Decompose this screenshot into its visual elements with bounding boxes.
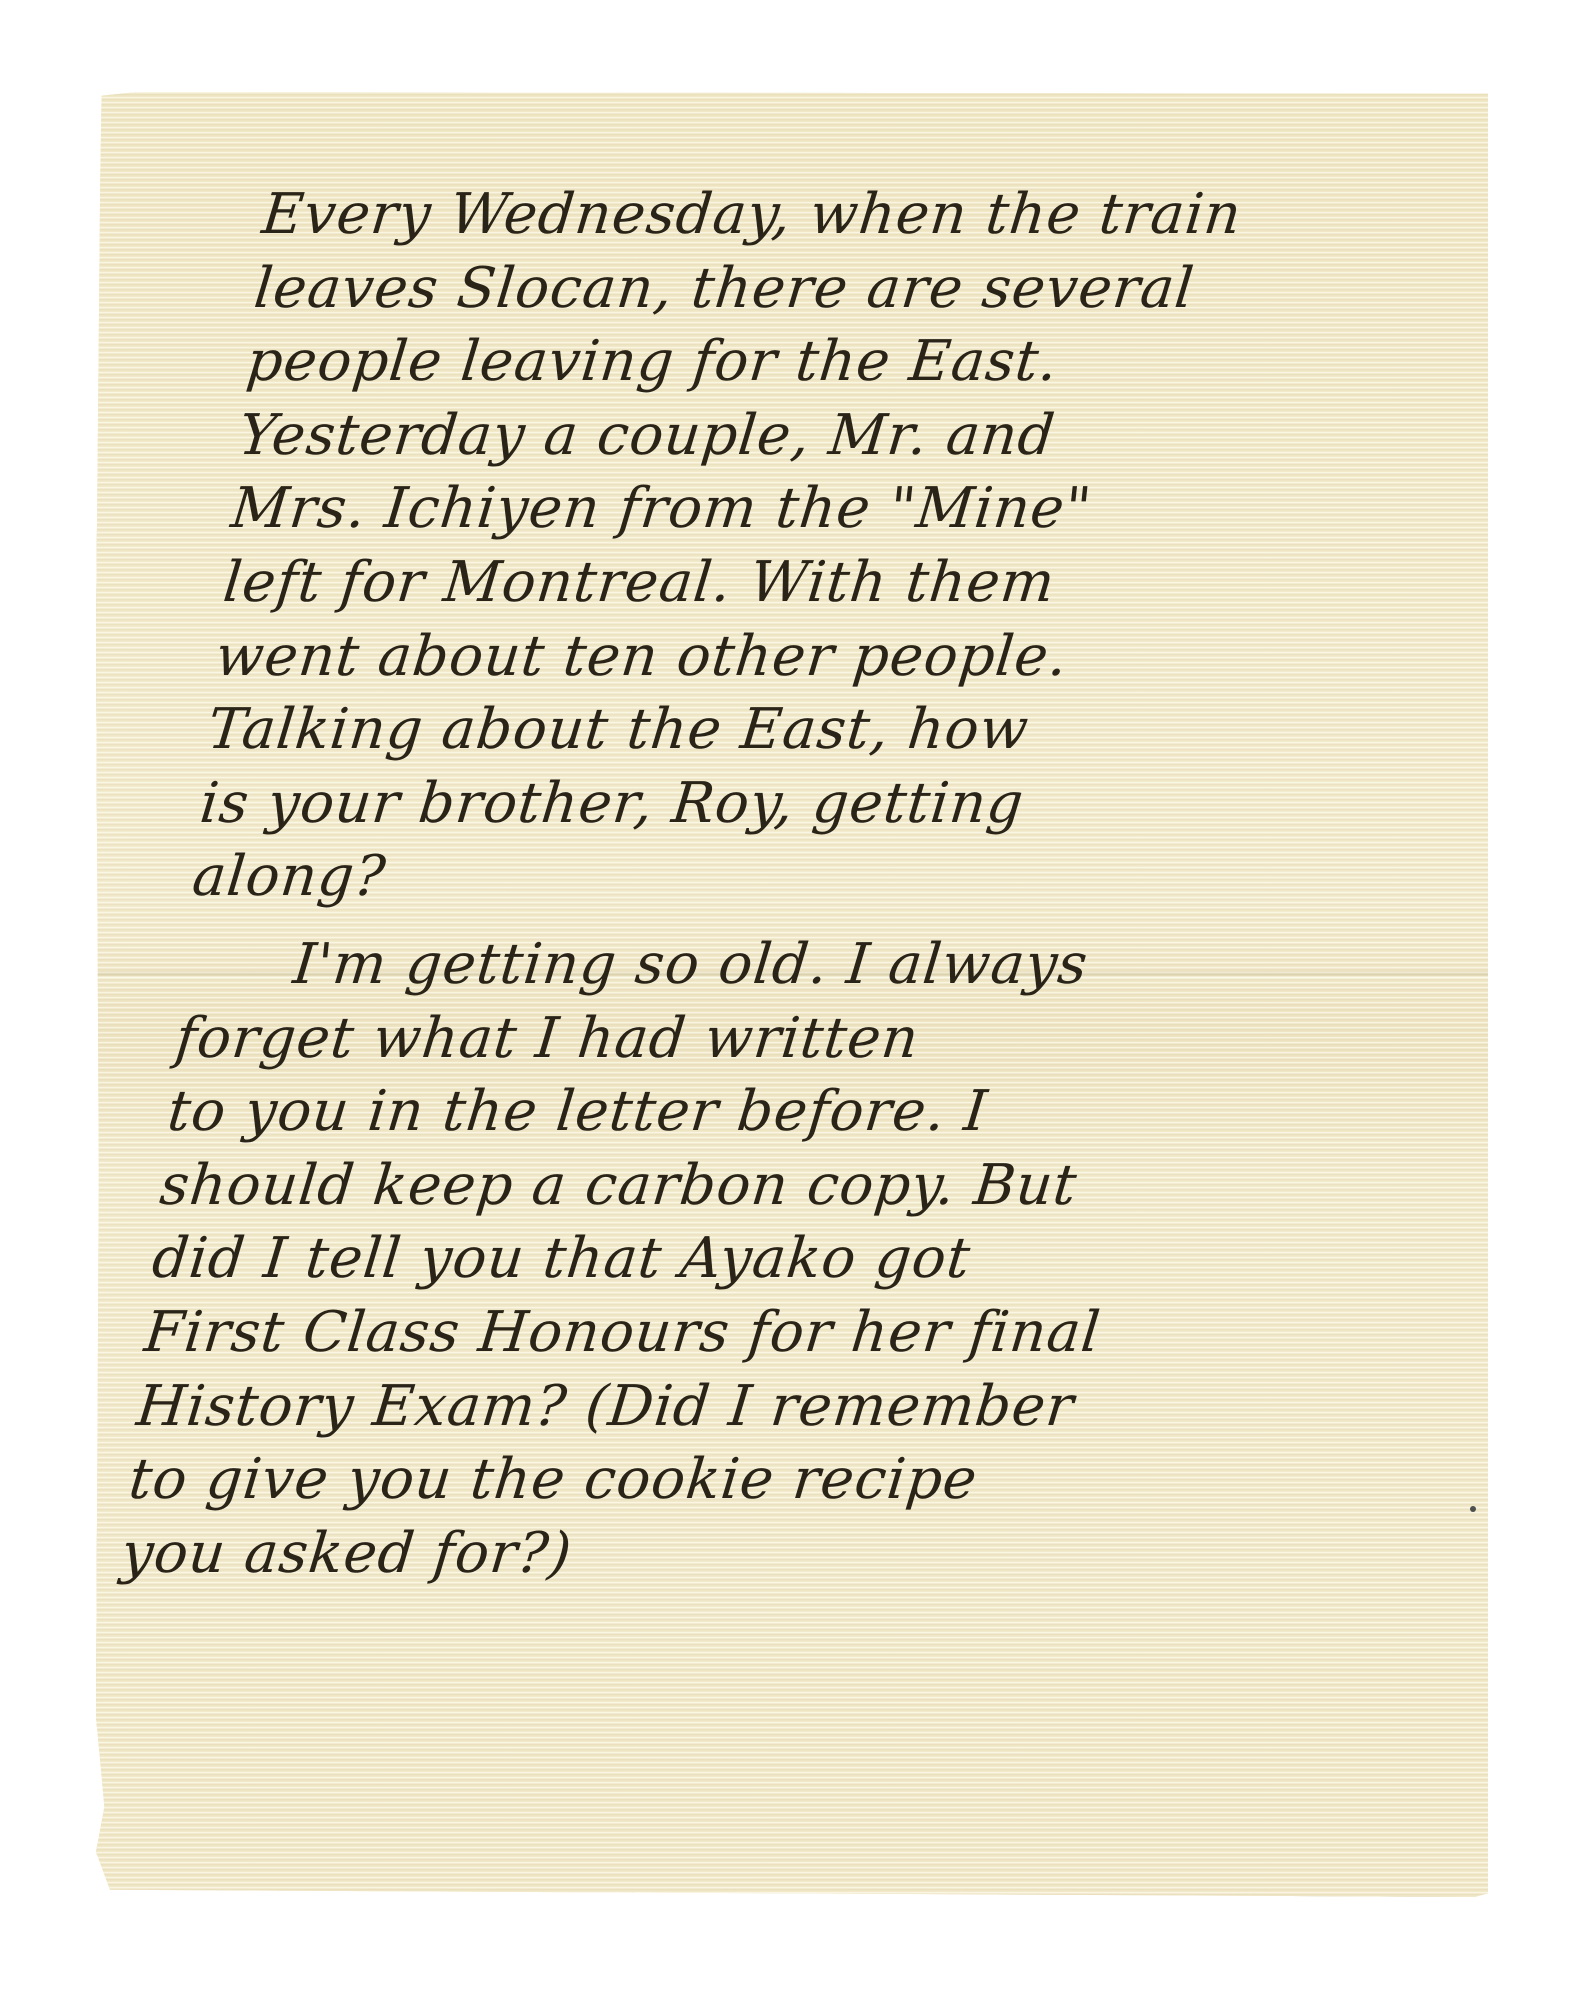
letter-line: I'm getting so old. I always [180, 928, 1428, 1002]
letter-line: to you in the letter before. I [164, 1075, 1412, 1149]
letter-line: should keep a carbon copy. But [156, 1149, 1404, 1223]
ink-spot [1470, 1506, 1476, 1512]
letter-line: First Class Honours for her final [141, 1296, 1389, 1370]
letter-line: to give you the cookie recipe [126, 1443, 1374, 1517]
paragraph-spacer [187, 914, 1428, 928]
letter-paper: Every Wednesday, when the train leaves S… [96, 92, 1488, 1897]
letter-line: went about ten other people. [212, 620, 1460, 694]
letter-line: leaves Slocan, there are several [251, 252, 1499, 326]
letter-line: forget what I had written [172, 1002, 1420, 1076]
letter-line: did I tell you that Ayako got [149, 1222, 1397, 1296]
letter-line: you asked for?) [118, 1517, 1366, 1591]
letter-line: Yesterday a couple, Mr. and [235, 399, 1483, 473]
letter-line: is your brother, Roy, getting [197, 767, 1445, 841]
paragraph-2: I'm getting so old. I always forget what… [118, 928, 1428, 1590]
letter-line: along? [189, 840, 1437, 914]
paragraph-1: Every Wednesday, when the train leaves S… [189, 178, 1506, 914]
letter-line: Every Wednesday, when the train [258, 178, 1506, 252]
letter-line: left for Montreal. With them [220, 546, 1468, 620]
letter-line: History Exam? (Did I remember [133, 1370, 1381, 1444]
letter-body: Every Wednesday, when the train leaves S… [118, 178, 1506, 1590]
letter-line: Talking about the East, how [204, 693, 1452, 767]
letter-line: Mrs. Ichiyen from the "Mine" [228, 472, 1476, 546]
letter-line: people leaving for the East. [243, 325, 1491, 399]
